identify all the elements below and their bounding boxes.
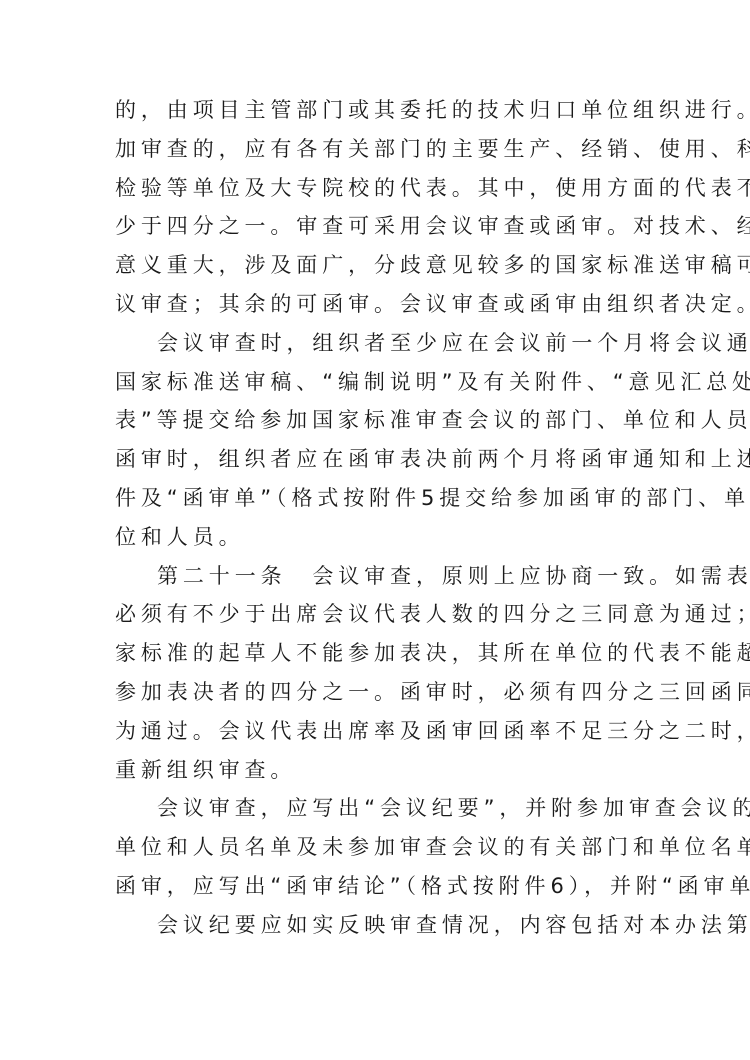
text-line: 函审，应写出“函审结论”（格式按附件6），并附“函审单”。	[115, 867, 637, 906]
text-line: 为通过。会议代表出席率及函审回函率不足三分之二时，应	[115, 712, 637, 751]
article-21-heading-line: 第二十一条 会议审查，原则上应协商一致。如需表决，	[115, 557, 637, 596]
paragraph-start-line: 会议纪要应如实反映审查情况，内容包括对本办法第十	[115, 906, 637, 945]
text-line: 国家标准送审稿、“编制说明”及有关附件、“意见汇总处理	[115, 363, 637, 402]
text-line: 单位和人员名单及未参加审查会议的有关部门和单位名单；	[115, 828, 637, 867]
text-line: 的，由项目主管部门或其委托的技术归口单位组织进行。参	[115, 91, 637, 130]
text-line: 家标准的起草人不能参加表决，其所在单位的代表不能超过	[115, 634, 637, 673]
body-text: 的，由项目主管部门或其委托的技术归口单位组织进行。参 加审查的，应有各有关部门的…	[115, 91, 637, 945]
text-line: 必须有不少于出席会议代表人数的四分之三同意为通过；国	[115, 595, 637, 634]
text-line: 议审查；其余的可函审。会议审查或函审由组织者决定。	[115, 285, 637, 324]
text-line: 函审时，组织者应在函审表决前两个月将函审通知和上述文	[115, 440, 637, 479]
text-line: 加审查的，应有各有关部门的主要生产、经销、使用、科研、	[115, 130, 637, 169]
text-line: 参加表决者的四分之一。函审时，必须有四分之三回函同意	[115, 673, 637, 712]
text-line: 少于四分之一。审查可采用会议审查或函审。对技术、经济	[115, 207, 637, 246]
text-line: 件及“函审单”（格式按附件5提交给参加函审的部门、单	[115, 479, 637, 518]
text-line: 重新组织审查。	[115, 751, 637, 790]
text-line: 表”等提交给参加国家标准审查会议的部门、单位和人员。	[115, 401, 637, 440]
text-line: 位和人员。	[115, 518, 637, 557]
paragraph-start-line: 会议审查时，组织者至少应在会议前一个月将会议通知、	[115, 324, 637, 363]
paragraph-start-line: 会议审查，应写出“会议纪要”，并附参加审查会议的	[115, 789, 637, 828]
text-line: 检验等单位及大专院校的代表。其中，使用方面的代表不应	[115, 169, 637, 208]
text-line: 意义重大，涉及面广，分歧意见较多的国家标准送审稿可会	[115, 246, 637, 285]
document-page: 的，由项目主管部门或其委托的技术归口单位组织进行。参 加审查的，应有各有关部门的…	[0, 0, 750, 1060]
